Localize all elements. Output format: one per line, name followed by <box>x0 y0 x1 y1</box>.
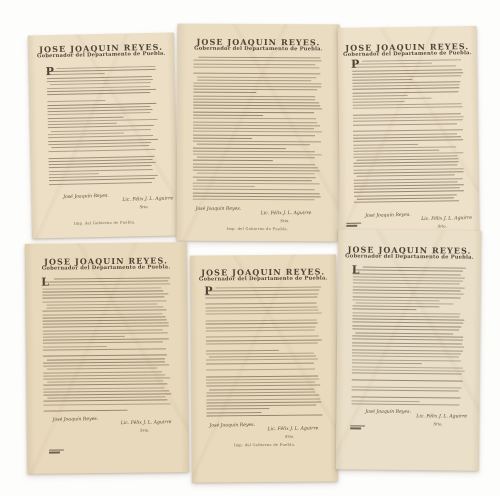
signature-governor: José Joaquín Reyes. <box>365 410 411 415</box>
signature-governor: José Joaquín Reyes. <box>209 423 255 429</box>
imprint-line: Imp. del Gobierno de Puebla. <box>192 442 338 447</box>
imprint-line: Imp. del Gobierno de Puebla. <box>176 227 338 232</box>
imprint-line: Imp. del Gobierno de Puebla. <box>32 219 178 226</box>
signature-secretary-title: Srio. <box>285 434 294 439</box>
document-body-text: P <box>352 59 465 204</box>
collection-stamp <box>49 449 64 454</box>
document-body-text: P <box>47 66 159 186</box>
document-body-text: L <box>42 277 171 411</box>
broadside-document: JOSE JOAQUIN REYES. Gobernador del Depar… <box>338 26 480 237</box>
body-text-lines <box>352 59 465 204</box>
body-text-lines <box>42 277 171 411</box>
signature-governor: José Joaquín Reyes. <box>196 207 242 212</box>
broadside-document: JOSE JOAQUIN REYES. Gobernador del Depar… <box>176 24 339 242</box>
document-body-text: P <box>205 286 322 416</box>
photo-of-broadsides: JOSE JOAQUIN REYES. Gobernador del Depar… <box>0 0 500 496</box>
broadside-document: JOSE JOAQUIN REYES. Gobernador del Depar… <box>25 242 189 474</box>
document-body-text: L <box>351 266 465 406</box>
signature-secretary: Lic. Félix J. L. Aguirre <box>267 426 318 432</box>
collection-stamp <box>346 223 361 228</box>
document-body-text <box>193 57 324 203</box>
collection-stamp <box>350 425 365 430</box>
signature-secretary-title: Srio. <box>438 223 447 228</box>
signature-secretary: Lic. Félix J. L. Aguirre <box>261 211 312 216</box>
broadside-document: JOSE JOAQUIN REYES. Gobernador del Depar… <box>28 32 178 238</box>
document-subtitle: Gobernador del Departamento de Puebla. <box>338 253 481 260</box>
body-text-lines <box>47 66 159 186</box>
broadside-document: JOSE JOAQUIN REYES. Gobernador del Depar… <box>336 229 482 470</box>
signature-governor: José Joaquín Reyes. <box>63 194 109 200</box>
signature-governor: José Joaquín Reyes. <box>365 213 411 219</box>
broadside-document: JOSE JOAQUIN REYES. Gobernador del Depar… <box>190 254 338 482</box>
body-text-lines <box>193 57 324 203</box>
signature-governor: José Joaquín Reyes. <box>53 417 99 423</box>
body-text-lines <box>205 286 322 416</box>
document-subtitle: Gobernador del Departamento de Puebla. <box>25 264 187 272</box>
signature-secretary-title: Srio. <box>140 428 149 433</box>
signature-secretary: Lic. Félix J. L. Aguirre <box>121 420 172 426</box>
signature-secretary: Lic. Félix J. L. Aguirre <box>122 196 173 203</box>
signature-secretary: Lic. Félix J. L. Aguirre <box>421 216 472 222</box>
document-subtitle: Gobernador del Departamento de Puebla. <box>177 46 339 53</box>
signature-secretary-title: Srio. <box>280 218 289 223</box>
signature-secretary: Lic. Félix J. L. Aguirre <box>416 414 467 419</box>
document-subtitle: Gobernador del Departamento de Puebla. <box>190 275 336 282</box>
signature-secretary-title: Srio. <box>433 421 442 426</box>
body-text-lines <box>351 266 465 406</box>
signature-secretary-title: Srio. <box>139 204 148 209</box>
